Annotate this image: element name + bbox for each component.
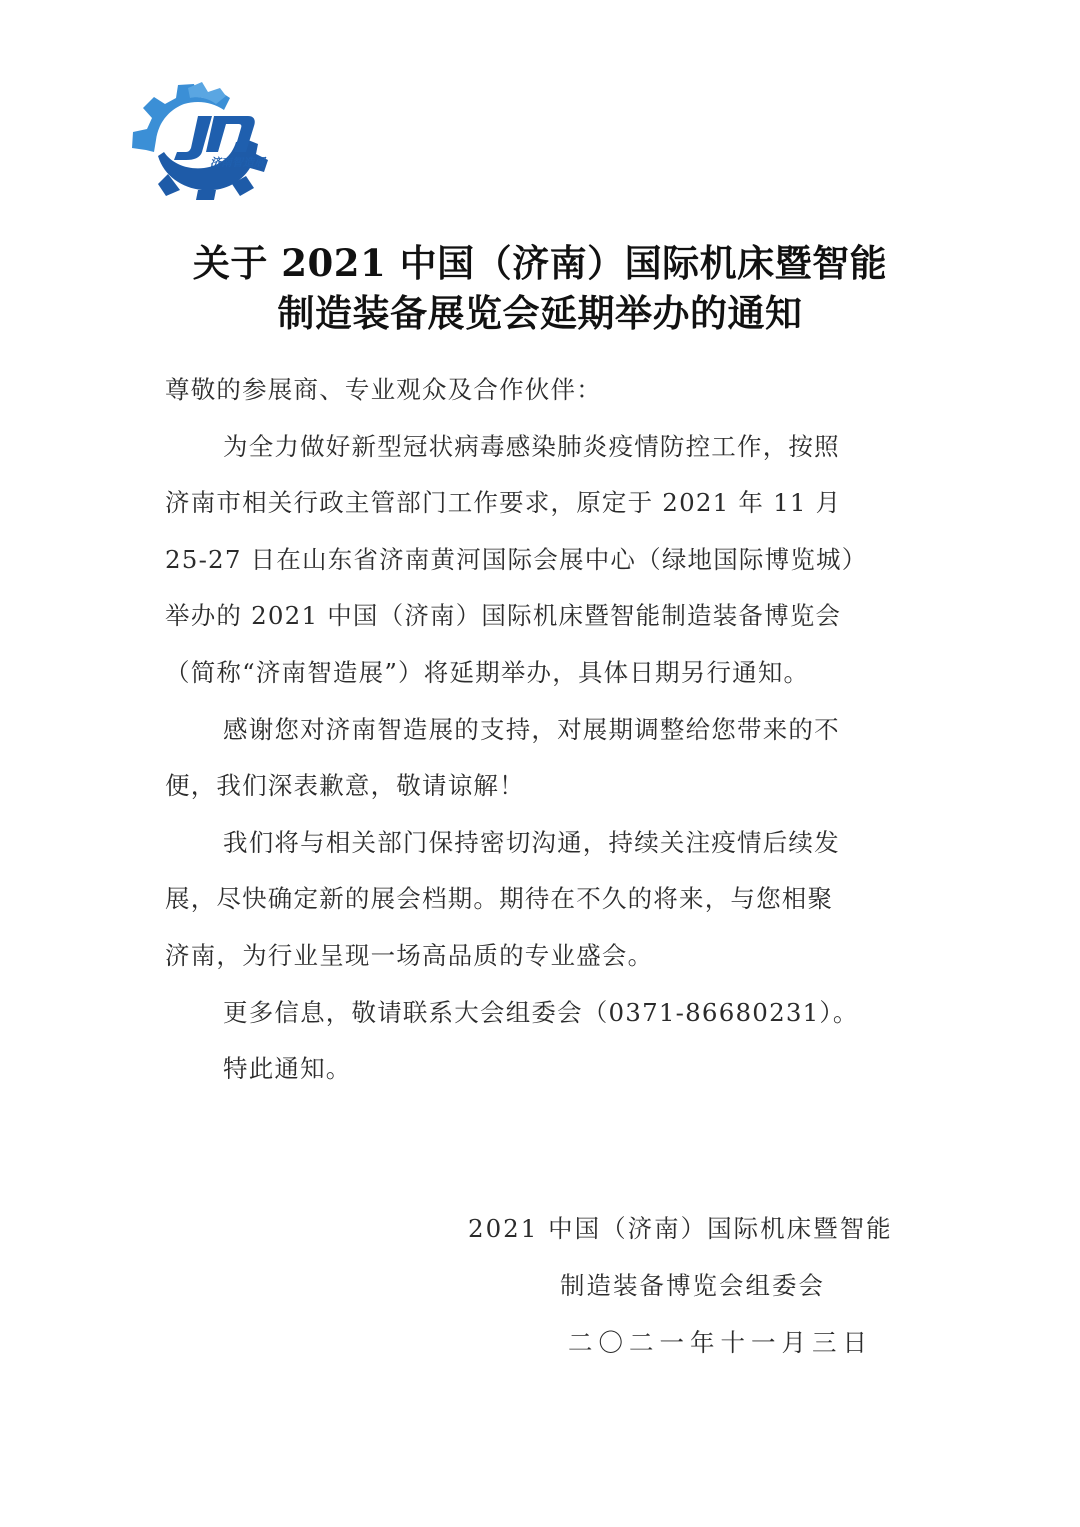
- paragraph-1-line-1: 为全力做好新型冠状病毒感染肺炎疫情防控工作，按照: [165, 419, 925, 476]
- paragraph-1-line-5: （简称“济南智造展”）将延期举办，具体日期另行通知。: [165, 645, 925, 702]
- paragraph-1-line-2: 济南市相关行政主管部门工作要求，原定于 2021 年 11 月: [165, 475, 925, 532]
- contact-info: 更多信息，敬请联系大会组委会（0371-86680231）。: [165, 985, 925, 1042]
- paragraph-1-line-4: 举办的 2021 中国（济南）国际机床暨智能制造装备博览会: [165, 588, 925, 645]
- paragraph-3-line-2: 展，尽快确定新的展会档期。期待在不久的将来，与您相聚: [165, 871, 925, 928]
- salutation: 尊敬的参展商、专业观众及合作伙伴：: [165, 362, 925, 419]
- svg-text:济南智造展: 济南智造展: [210, 156, 267, 169]
- notice-body: 尊敬的参展商、专业观众及合作伙伴： 为全力做好新型冠状病毒感染肺炎疫情防控工作，…: [165, 362, 925, 1098]
- signature-organization-line-1: 2021 中国（济南）国际机床暨智能: [440, 1200, 940, 1257]
- paragraph-1-line-3: 25-27 日在山东省济南黄河国际会展中心（绿地国际博览城）: [165, 532, 925, 589]
- organizer-logo: 济南智造展: [128, 80, 278, 200]
- gear-logo-icon: 济南智造展: [128, 80, 278, 200]
- signature-block: 2021 中国（济南）国际机床暨智能 制造装备博览会组委会 二〇二一年十一月三日: [440, 1200, 940, 1371]
- title-line-2: 制造装备展览会延期举办的通知: [0, 288, 1080, 338]
- closing-remark: 特此通知。: [165, 1041, 925, 1098]
- document-title: 关于 2021 中国（济南）国际机床暨智能 制造装备展览会延期举办的通知: [0, 238, 1080, 338]
- paragraph-3-line-3: 济南，为行业呈现一场高品质的专业盛会。: [165, 928, 925, 985]
- paragraph-3-line-1: 我们将与相关部门保持密切沟通，持续关注疫情后续发: [165, 815, 925, 872]
- paragraph-2-line-1: 感谢您对济南智造展的支持，对展期调整给您带来的不: [165, 702, 925, 759]
- signature-date: 二〇二一年十一月三日: [440, 1314, 940, 1371]
- signature-organization-line-2: 制造装备博览会组委会: [440, 1257, 940, 1314]
- title-line-1: 关于 2021 中国（济南）国际机床暨智能: [0, 238, 1080, 288]
- paragraph-2-line-2: 便，我们深表歉意，敬请谅解！: [165, 758, 925, 815]
